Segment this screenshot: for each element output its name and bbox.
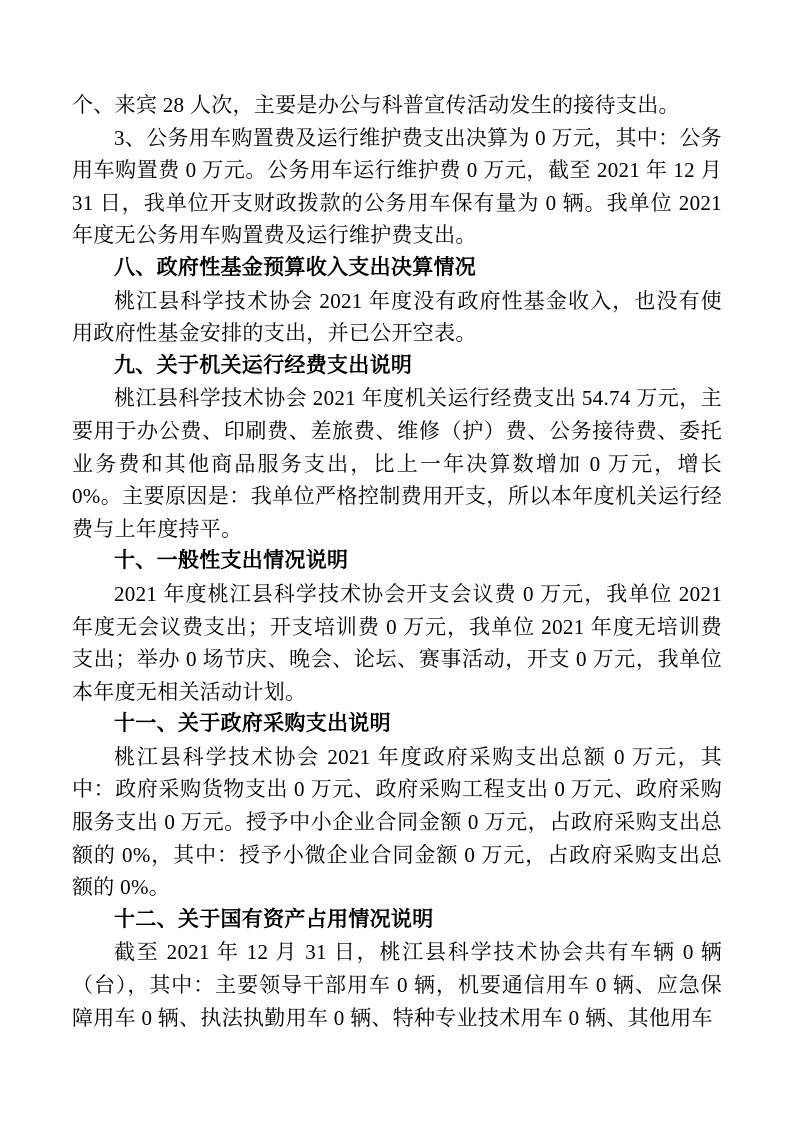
paragraph-general-expense-detail: 2021 年度桃江县科学技术协会开支会议费 0 万元，我单位 2021 年度无会… [72, 578, 722, 708]
paragraph-state-owned-assets-detail: 截至 2021 年 12 月 31 日，桃江县科学技术协会共有车辆 0 辆（台）… [72, 936, 722, 1034]
document-page: 个、来宾 28 人次，主要是办公与科普宣传活动发生的接待支出。 3、公务用车购置… [0, 0, 793, 1122]
paragraph-official-vehicle-expense: 3、公务用车购置费及运行维护费支出决算为 0 万元，其中：公务用车购置费 0 万… [72, 122, 722, 252]
paragraph-government-procurement-detail: 桃江县科学技术协会 2021 年度政府采购支出总额 0 万元，其中：政府采购货物… [72, 741, 722, 904]
heading-section-10-general-expense: 十、一般性支出情况说明 [72, 545, 722, 578]
heading-section-12-state-owned-assets: 十二、关于国有资产占用情况说明 [72, 904, 722, 937]
heading-section-8-government-fund-budget: 八、政府性基金预算收入支出决算情况 [72, 252, 722, 285]
paragraph-agency-operating-expense-detail: 桃江县科学技术协会 2021 年度机关运行经费支出 54.74 万元，主要用于办… [72, 382, 722, 545]
paragraph-government-fund-detail: 桃江县科学技术协会 2021 年度没有政府性基金收入，也没有使用政府性基金安排的… [72, 285, 722, 350]
heading-section-11-government-procurement: 十一、关于政府采购支出说明 [72, 708, 722, 741]
heading-section-9-agency-operating-expense: 九、关于机关运行经费支出说明 [72, 350, 722, 383]
document-content: 个、来宾 28 人次，主要是办公与科普宣传活动发生的接待支出。 3、公务用车购置… [72, 89, 722, 1034]
paragraph-reception-expense-continued: 个、来宾 28 人次，主要是办公与科普宣传活动发生的接待支出。 [72, 89, 722, 122]
